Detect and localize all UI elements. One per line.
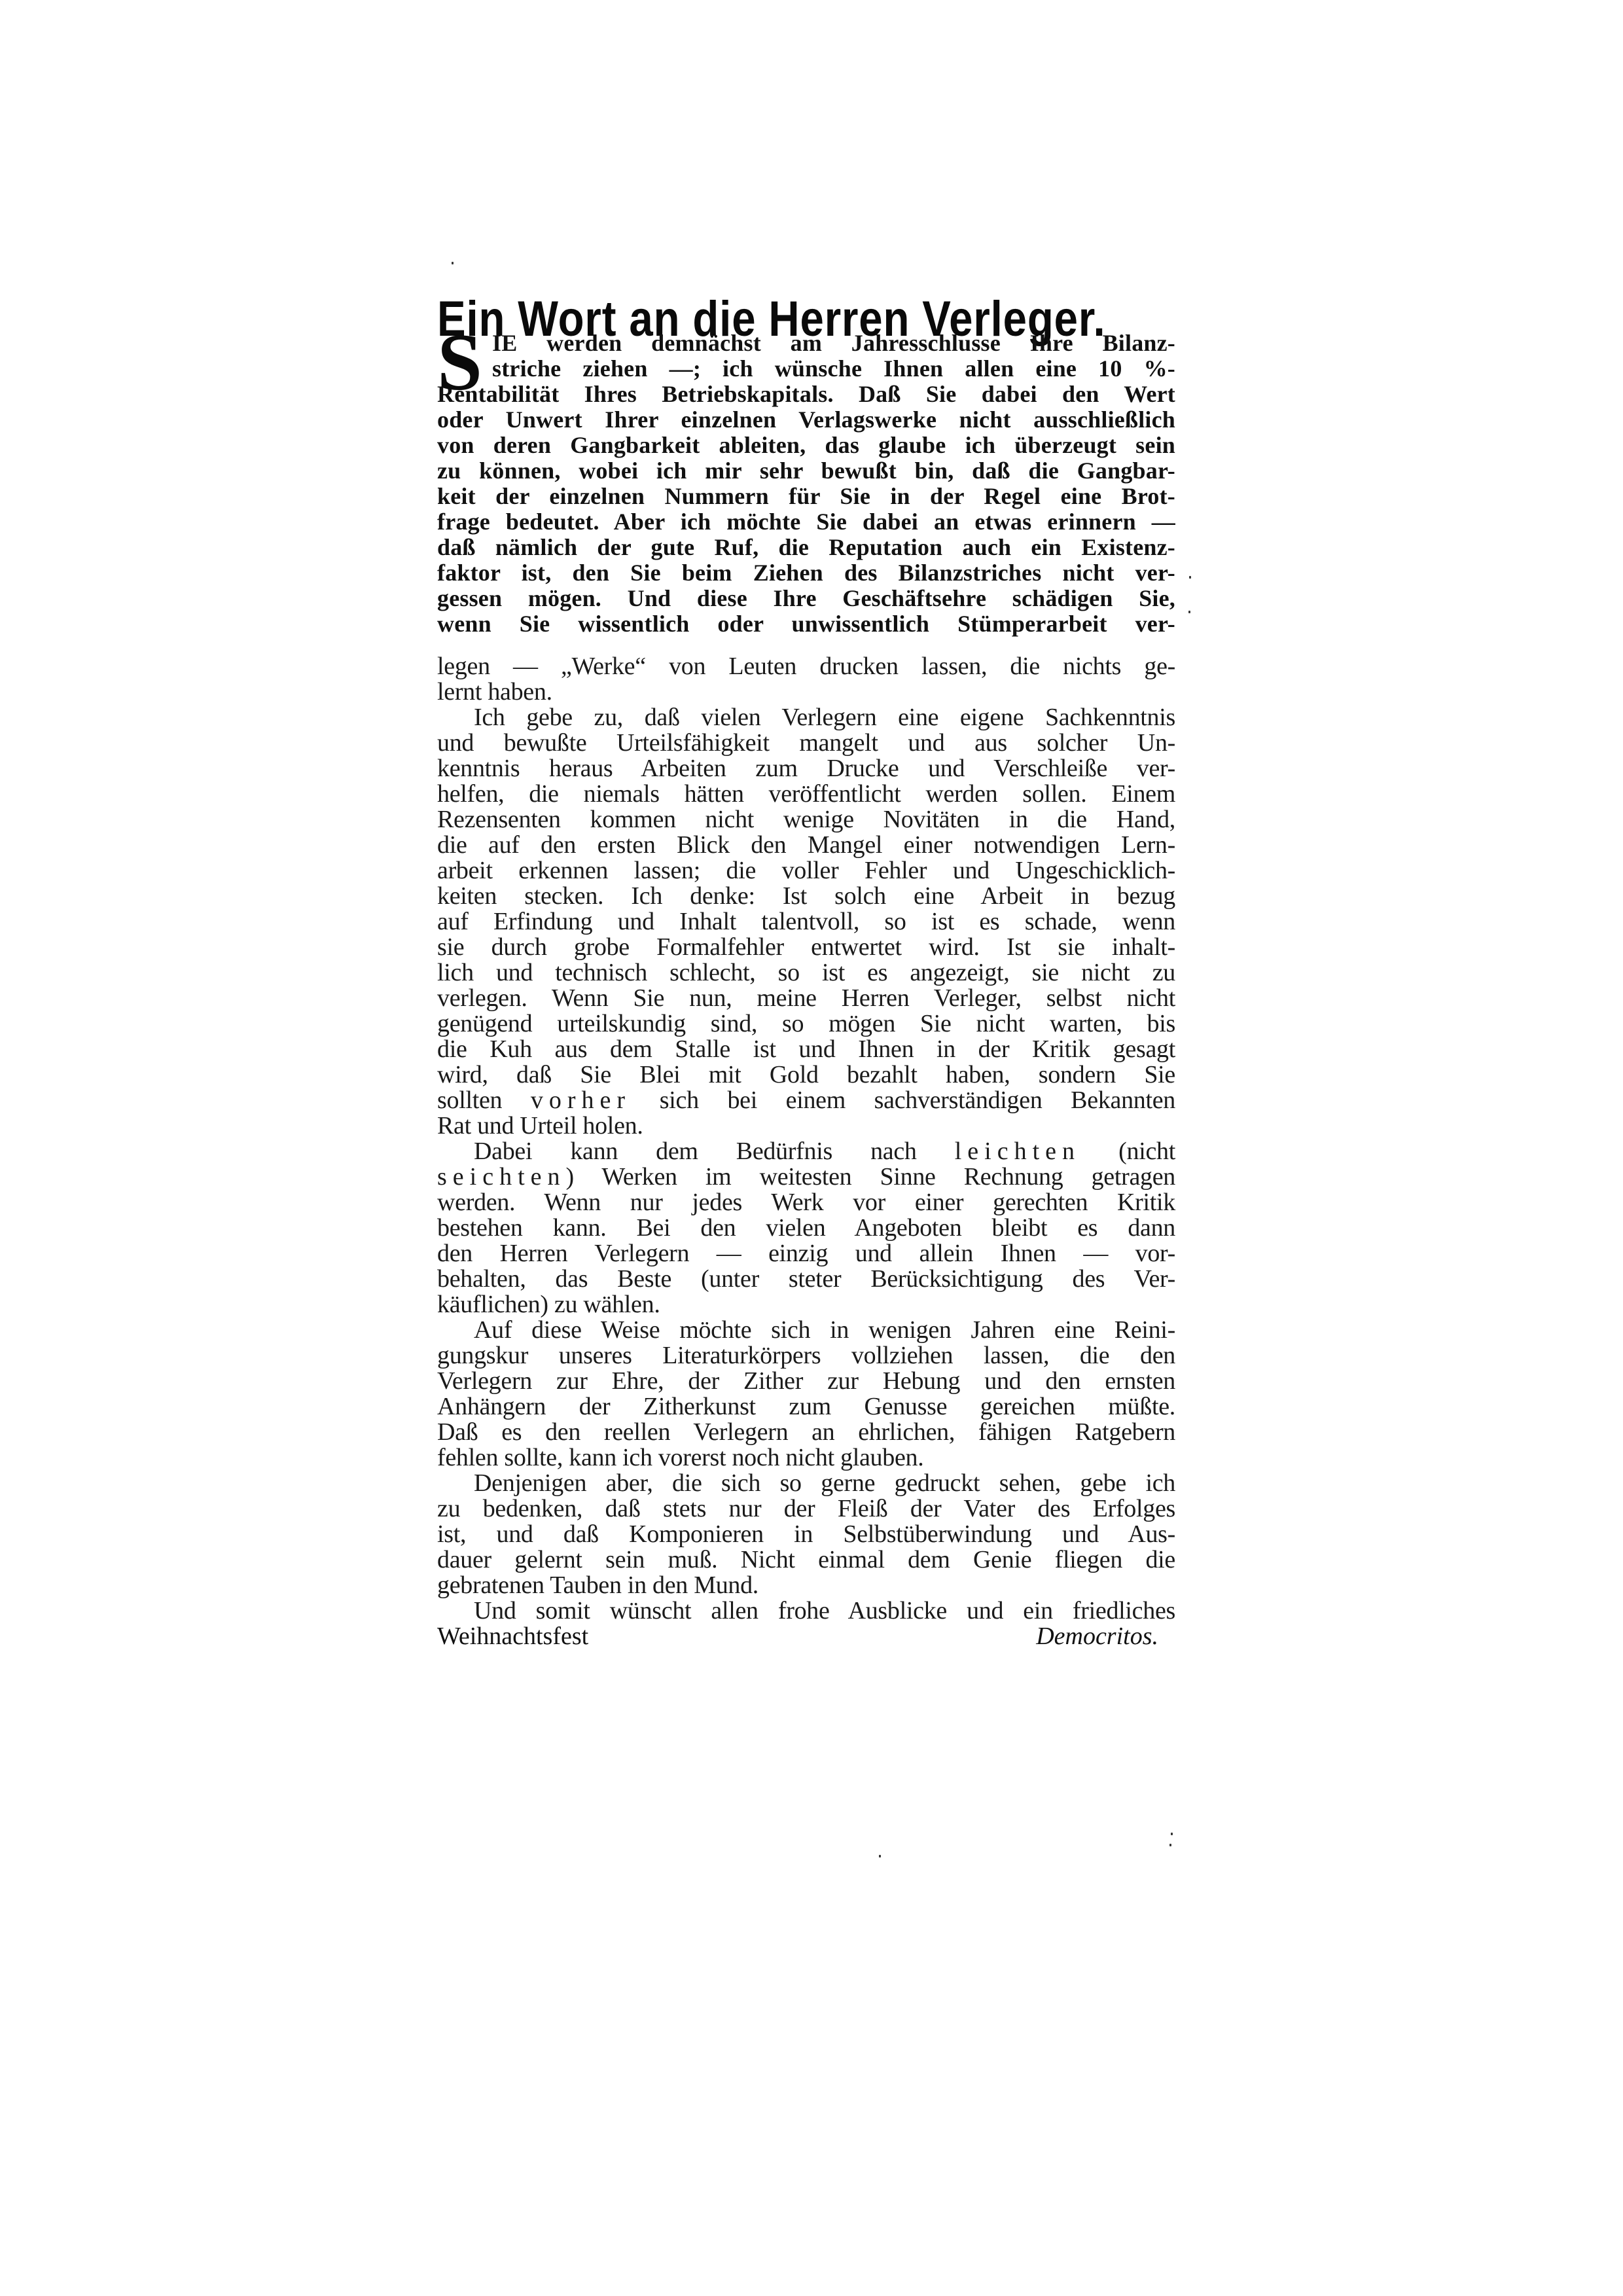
paragraph-1-continued: legen — „Werke“ von Leuten drucken lasse…	[437, 654, 1175, 705]
text-line: den Herren Verlegern — einzig und allein…	[437, 1241, 1175, 1266]
text-line: Rat und Urteil holen.	[437, 1113, 1175, 1139]
text-line: Rezensenten kommen nicht wenige Novitäte…	[437, 807, 1175, 833]
paragraph-2: Ich gebe zu, daß vielen Verlegern eine e…	[437, 705, 1175, 1139]
text-line: Dabei kann dem Bedürfnis nach leichten (…	[437, 1139, 1175, 1164]
text-line: daß nämlich der gute Ruf, die Reputation…	[437, 535, 1175, 560]
paragraph-3: Dabei kann dem Bedürfnis nach leichten (…	[437, 1139, 1175, 1318]
text-line: Denjenigen aber, die sich so gerne gedru…	[437, 1471, 1175, 1496]
emphasized-word: leichten	[955, 1138, 1080, 1165]
text-line: Anhängern der Zitherkunst zum Genusse ge…	[437, 1394, 1175, 1420]
text-line: auf Erfindung und Inhalt talentvoll, so …	[437, 909, 1175, 935]
paragraph-1: S IE werden demnächst am Jahresschlusse …	[437, 331, 1175, 637]
text-line: Ich gebe zu, daß vielen Verlegern eine e…	[437, 705, 1175, 730]
scan-speck	[1169, 1844, 1171, 1846]
scan-speck	[1188, 611, 1190, 613]
text-line: lich und technisch schlecht, so ist es a…	[437, 960, 1175, 986]
text-line: legen — „Werke“ von Leuten drucken lasse…	[437, 654, 1175, 679]
text-line: IE werden demnächst am Jahresschlusse Ih…	[437, 331, 1175, 356]
paragraph-6: Und somit wünscht allen frohe Ausblicke …	[437, 1598, 1175, 1624]
text-line: sollten vorher sich bei einem sachverstä…	[437, 1088, 1175, 1113]
emphasized-word: seichten	[437, 1163, 566, 1191]
text-line: kenntnis heraus Arbeiten zum Drucke und …	[437, 756, 1175, 781]
paragraph-4: Auf diese Weise möchte sich in wenigen J…	[437, 1318, 1175, 1471]
text-line: striche ziehen —; ich wünsche Ihnen alle…	[437, 356, 1175, 382]
text-line: ist, und daß Komponieren in Selbstüberwi…	[437, 1522, 1175, 1547]
text-line: Verlegern zur Ehre, der Zither zur Hebun…	[437, 1369, 1175, 1394]
scan-speck	[879, 1855, 881, 1857]
text-line: gungskur unseres Literaturkörpers vollzi…	[437, 1343, 1175, 1369]
text-line: und bewußte Urteilsfähigkeit mangelt und…	[437, 730, 1175, 756]
text-line: seichten) Werken im weitesten Sinne Rech…	[437, 1164, 1175, 1190]
author-signature: Democritos.	[1036, 1624, 1175, 1649]
text-line: Rentabilität Ihres Betriebskapitals. Daß…	[437, 382, 1175, 407]
text-line: sie durch grobe Formalfehler entwertet w…	[437, 935, 1175, 960]
text-line: die auf den ersten Blick den Mangel eine…	[437, 833, 1175, 858]
text-line: bestehen kann. Bei den vielen Angeboten …	[437, 1215, 1175, 1241]
text-line: gebratenen Tauben in den Mund.	[437, 1573, 1175, 1598]
text-line: die Kuh aus dem Stalle ist und Ihnen in …	[437, 1037, 1175, 1062]
text-line: von deren Gangbarkeit ableiten, das glau…	[437, 433, 1175, 458]
text-line: Auf diese Weise möchte sich in wenigen J…	[437, 1318, 1175, 1343]
text-line: frage bedeutet. Aber ich möchte Sie dabe…	[437, 509, 1175, 535]
scan-speck	[1189, 576, 1191, 579]
text-line: behalten, das Beste (unter steter Berück…	[437, 1266, 1175, 1292]
text-line: keit der einzelnen Nummern für Sie in de…	[437, 484, 1175, 509]
text-line: fehlen sollte, kann ich vorerst noch nic…	[437, 1445, 1175, 1471]
text-line: lernt haben.	[437, 679, 1175, 705]
text-line: arbeit erkennen lassen; die voller Fehle…	[437, 858, 1175, 884]
text-line: keiten stecken. Ich denke: Ist solch ein…	[437, 884, 1175, 909]
text-line: Daß es den reellen Verlegern an ehrliche…	[437, 1420, 1175, 1445]
text-line: wird, daß Sie Blei mit Gold bezahlt habe…	[437, 1062, 1175, 1088]
text-line: helfen, die niemals hätten veröffentlich…	[437, 781, 1175, 807]
scanned-page: Ein Wort an die Herren Verleger. S IE we…	[0, 0, 1623, 2296]
text-line: wenn Sie wissentlich oder unwissentlich …	[437, 611, 1175, 637]
closing-word: Weihnachtsfest	[437, 1624, 588, 1649]
text-line: genügend urteilskundig sind, so mögen Si…	[437, 1011, 1175, 1037]
text-line: Und somit wünscht allen frohe Ausblicke …	[437, 1598, 1175, 1624]
text-line: oder Unwert Ihrer einzelnen Verlagswerke…	[437, 407, 1175, 433]
paragraph-5: Denjenigen aber, die sich so gerne gedru…	[437, 1471, 1175, 1598]
text-line: zu bedenken, daß stets nur der Fleiß der…	[437, 1496, 1175, 1522]
text-line: zu können, wobei ich mir sehr bewußt bin…	[437, 458, 1175, 484]
drop-cap: S	[437, 327, 482, 399]
scan-speck	[1171, 1833, 1173, 1835]
text-line: faktor ist, den Sie beim Ziehen des Bila…	[437, 560, 1175, 586]
text-line: werden. Wenn nur jedes Werk vor einer ge…	[437, 1190, 1175, 1215]
text-line: käuflichen) zu wählen.	[437, 1292, 1175, 1318]
article-body: S IE werden demnächst am Jahresschlusse …	[437, 331, 1175, 1649]
text-line: gessen mögen. Und diese Ihre Geschäftseh…	[437, 586, 1175, 611]
scan-speck	[452, 262, 454, 264]
emphasized-word: vorher	[531, 1086, 631, 1114]
closing-row: Weihnachtsfest Democritos.	[437, 1624, 1175, 1649]
text-line: dauer gelernt sein muß. Nicht einmal dem…	[437, 1547, 1175, 1573]
text-line: verlegen. Wenn Sie nun, meine Herren Ver…	[437, 986, 1175, 1011]
